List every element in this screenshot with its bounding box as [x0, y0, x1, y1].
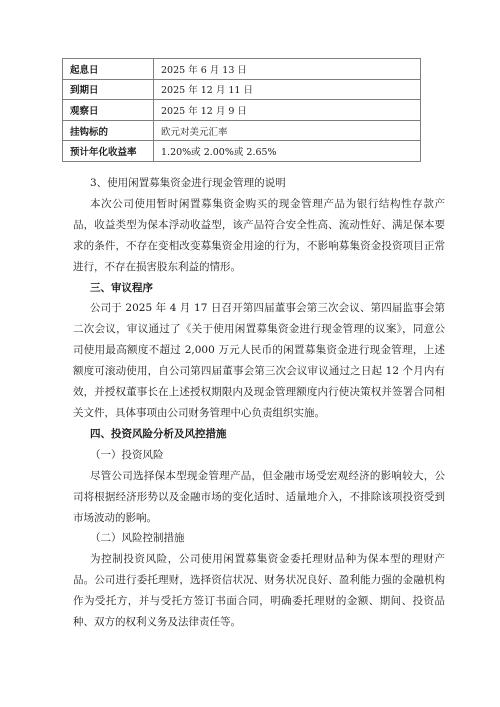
row-value: 2025 年 12 月 9 日 [154, 100, 421, 121]
row-label: 观察日 [63, 100, 154, 121]
row-label: 预计年化收益率 [63, 141, 154, 162]
paragraph: 公司于 2025 年 4 月 17 日召开第四届董事会第三次会议、第四届监事会第… [73, 298, 445, 423]
row-value: 欧元对美元汇率 [154, 120, 421, 141]
subheading-investment-risk: （一）投资风险 [73, 445, 445, 466]
subheading-cash-management-note: 3、使用闲置募集资金进行现金管理的说明 [73, 173, 445, 194]
subheading-risk-control: （二）风险控制措施 [73, 528, 445, 549]
table-row: 预计年化收益率 1.20%或 2.00%或 2.65% [63, 141, 421, 162]
row-value: 1.20%或 2.00%或 2.65% [154, 141, 421, 162]
row-value: 2025 年 6 月 13 日 [154, 59, 421, 80]
paragraph: 本次公司使用暂时闲置募集资金购买的现金管理产品为银行结构性存款产品，收益类型为保… [73, 194, 445, 278]
product-info-table: 起息日 2025 年 6 月 13 日 到期日 2025 年 12 月 11 日… [62, 58, 421, 162]
document-page: 起息日 2025 年 6 月 13 日 到期日 2025 年 12 月 11 日… [0, 0, 500, 707]
row-label: 挂钩标的 [63, 120, 154, 141]
heading-risk-analysis: 四、投资风险分析及风控措施 [73, 424, 445, 445]
table-row: 观察日 2025 年 12 月 9 日 [63, 100, 421, 121]
paragraph: 为控制投资风险，公司使用闲置募集资金委托理财品种为保本型的理财产品。公司进行委托… [73, 549, 445, 633]
row-value: 2025 年 12 月 11 日 [154, 79, 421, 100]
paragraph: 尽管公司选择保本型现金管理产品，但金融市场受宏观经济的影响较大，公司将根据经济形… [73, 466, 445, 529]
heading-review-procedure: 三、审议程序 [73, 278, 445, 299]
table-row: 挂钩标的 欧元对美元汇率 [63, 120, 421, 141]
row-label: 起息日 [63, 59, 154, 80]
table-row: 起息日 2025 年 6 月 13 日 [63, 59, 421, 80]
row-label: 到期日 [63, 79, 154, 100]
document-body: 3、使用闲置募集资金进行现金管理的说明 本次公司使用暂时闲置募集资金购买的现金管… [73, 173, 445, 633]
table-row: 到期日 2025 年 12 月 11 日 [63, 79, 421, 100]
